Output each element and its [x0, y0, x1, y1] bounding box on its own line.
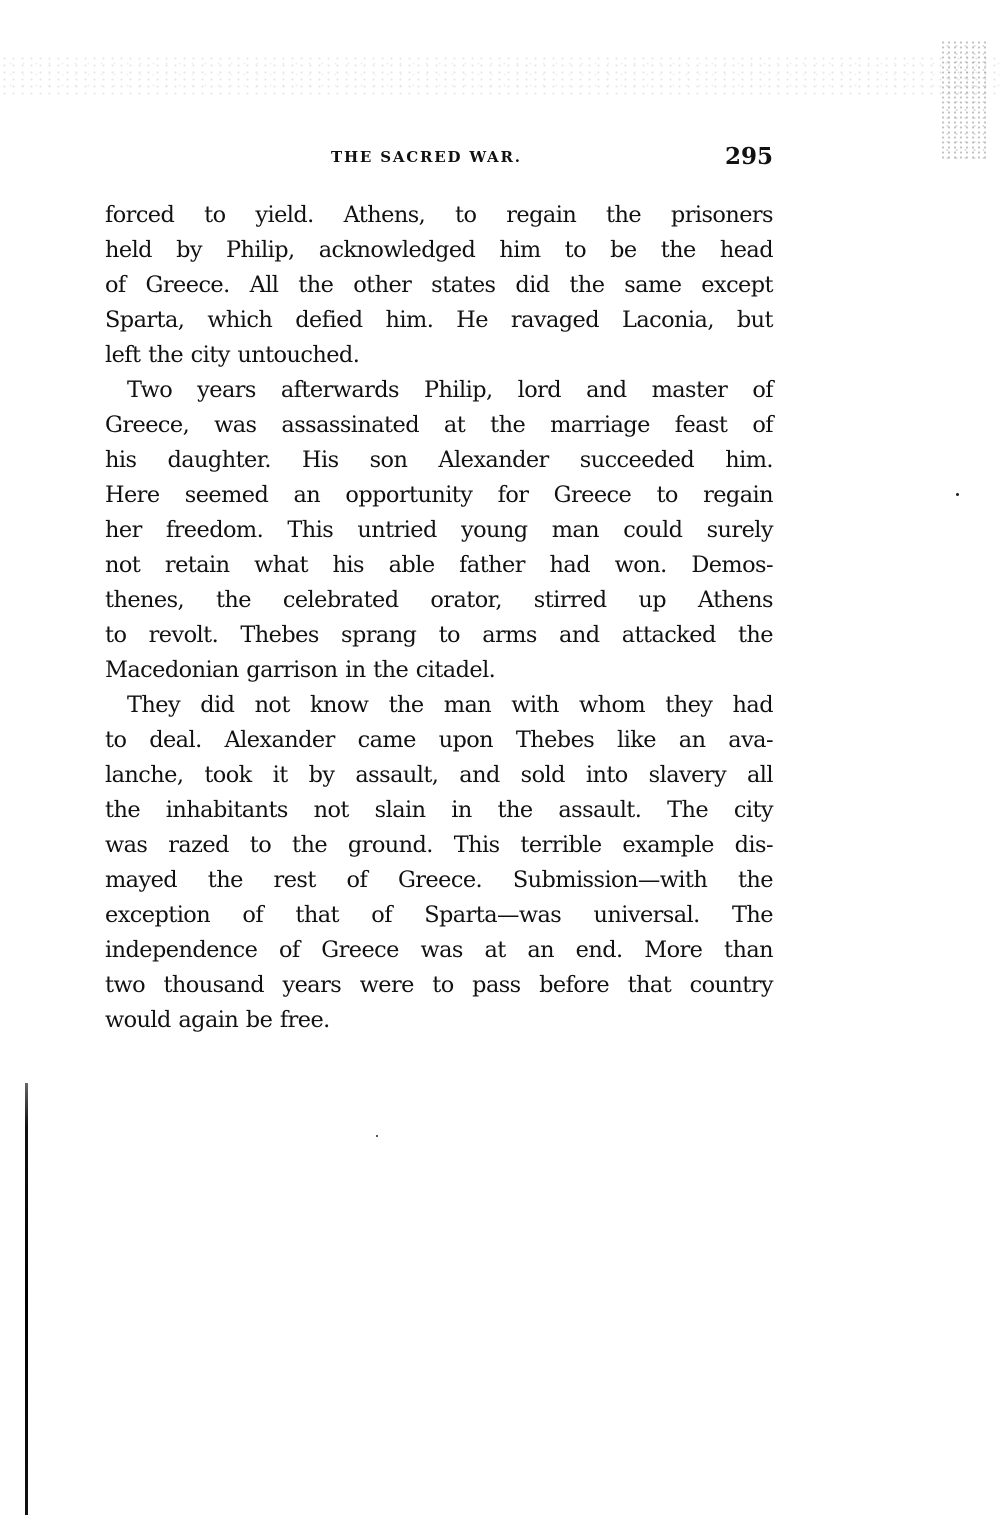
scan-speck [956, 493, 959, 496]
text-line: mayed the rest of Greece. Submission—wit… [105, 863, 773, 898]
paragraph-3: They did not know the man with whom they… [105, 688, 773, 1038]
text-line: was razed to the ground. This terrible e… [105, 828, 773, 863]
text-line: lanche, took it by assault, and sold int… [105, 758, 773, 793]
text-line: the inhabitants not slain in the assault… [105, 793, 773, 828]
text-line: held by Philip, acknowledged him to be t… [105, 233, 773, 268]
running-head: THE SACRED WAR. 295 [105, 140, 773, 180]
text-line: to revolt. Thebes sprang to arms and att… [105, 618, 773, 653]
page-number: 295 [725, 143, 773, 170]
text-line: of Greece. All the other states did the … [105, 268, 773, 303]
text-line: forced to yield. Athens, to regain the p… [105, 198, 773, 233]
binding-edge-line [25, 1083, 28, 1515]
text-line: to deal. Alexander came upon Thebes like… [105, 723, 773, 758]
text-line: They did not know the man with whom they… [105, 688, 773, 723]
text-line: would again be free. [105, 1003, 773, 1038]
text-line: two thousand years were to pass before t… [105, 968, 773, 1003]
scan-speck [376, 1135, 378, 1137]
body-text: forced to yield. Athens, to regain the p… [105, 198, 773, 1038]
text-line: Greece, was assassinated at the marriage… [105, 408, 773, 443]
text-line: her freedom. This untried young man coul… [105, 513, 773, 548]
text-line: his daughter. His son Alexander succeede… [105, 443, 773, 478]
chapter-title: THE SACRED WAR. [331, 148, 522, 166]
paragraph-1: forced to yield. Athens, to regain the p… [105, 198, 773, 373]
scan-noise-right [940, 40, 990, 160]
scan-noise-top [0, 55, 1000, 95]
text-line: exception of that of Sparta—was universa… [105, 898, 773, 933]
text-line: not retain what his able father had won.… [105, 548, 773, 583]
text-line: Here seemed an opportunity for Greece to… [105, 478, 773, 513]
paragraph-2: Two years afterwards Philip, lord and ma… [105, 373, 773, 688]
text-line: Sparta, which defied him. He ravaged Lac… [105, 303, 773, 338]
text-line: independence of Greece was at an end. Mo… [105, 933, 773, 968]
text-line: left the city untouched. [105, 338, 773, 373]
text-line: Two years afterwards Philip, lord and ma… [105, 373, 773, 408]
text-line: thenes, the celebrated orator, stirred u… [105, 583, 773, 618]
text-line: Macedonian garrison in the citadel. [105, 653, 773, 688]
